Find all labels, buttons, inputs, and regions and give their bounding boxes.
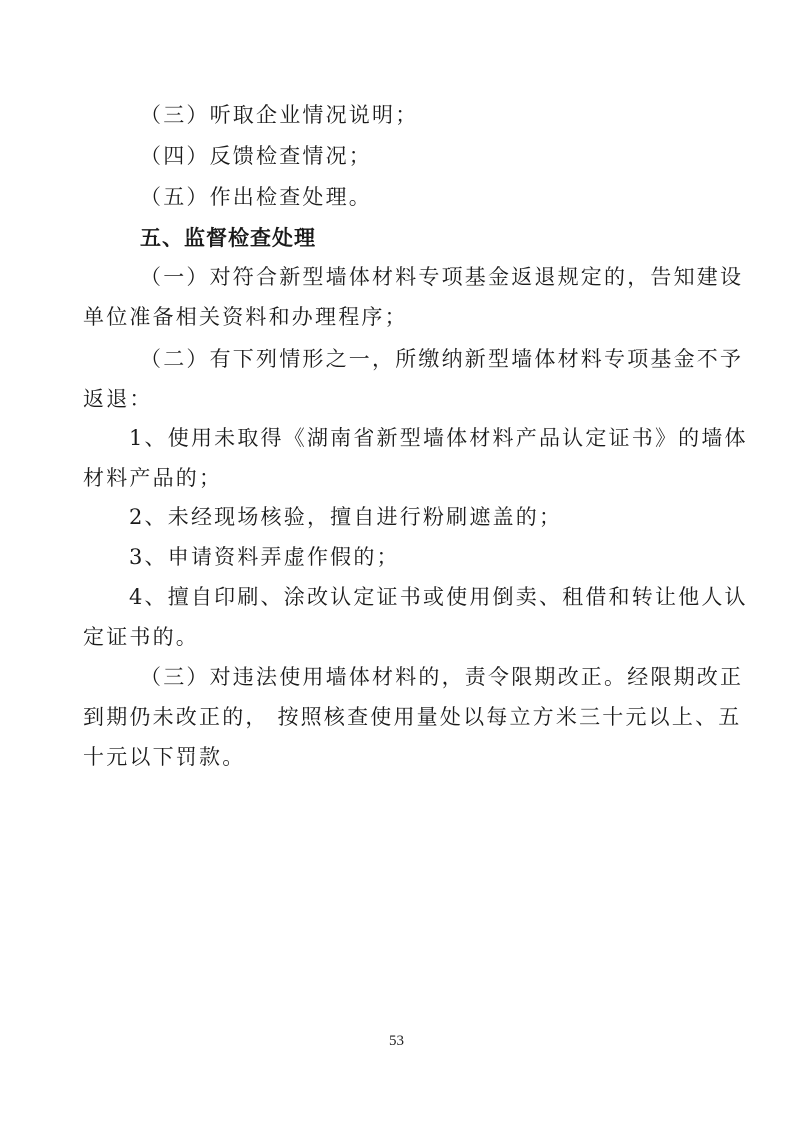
section-heading: 五、监督检查处理 — [140, 219, 770, 257]
paragraph-line: 材料产品的； — [83, 459, 713, 497]
paragraph-line: 十元以下罚款。 — [83, 738, 713, 776]
paragraph-line: （三）对违法使用墙体材料的，责令限期改正。经限期改正 — [140, 658, 770, 696]
paragraph-line: 3、申请资料弄虚作假的； — [129, 538, 759, 576]
paragraph-line: 返退： — [83, 380, 713, 418]
paragraph-line: 定证书的。 — [83, 618, 713, 656]
page-number: 53 — [0, 1033, 793, 1050]
list-item: （四）反馈检查情况； — [140, 137, 770, 175]
paragraph-line: 到期仍未改正的， 按照核查使用量处以每立方米三十元以上、五 — [83, 698, 713, 736]
paragraph-line: 2、未经现场核验，擅自进行粉刷遮盖的； — [129, 498, 759, 536]
paragraph-line: 4、擅自印刷、涂改认定证书或使用倒卖、租借和转让他人认 — [129, 578, 759, 616]
list-item: （三）听取企业情况说明； — [140, 96, 770, 134]
list-item: （五）作出检查处理。 — [140, 178, 770, 216]
paragraph-line: 1、使用未取得《湖南省新型墙体材料产品认定证书》的墙体 — [129, 419, 759, 457]
paragraph-line: 单位准备相关资料和办理程序； — [83, 298, 713, 336]
paragraph-line: （一）对符合新型墙体材料专项基金返退规定的，告知建设 — [140, 258, 770, 296]
paragraph-line: （二）有下列情形之一，所缴纳新型墙体材料专项基金不予 — [140, 340, 770, 378]
document-page: （三）听取企业情况说明；（四）反馈检查情况；（五）作出检查处理。五、监督检查处理… — [0, 0, 793, 1122]
